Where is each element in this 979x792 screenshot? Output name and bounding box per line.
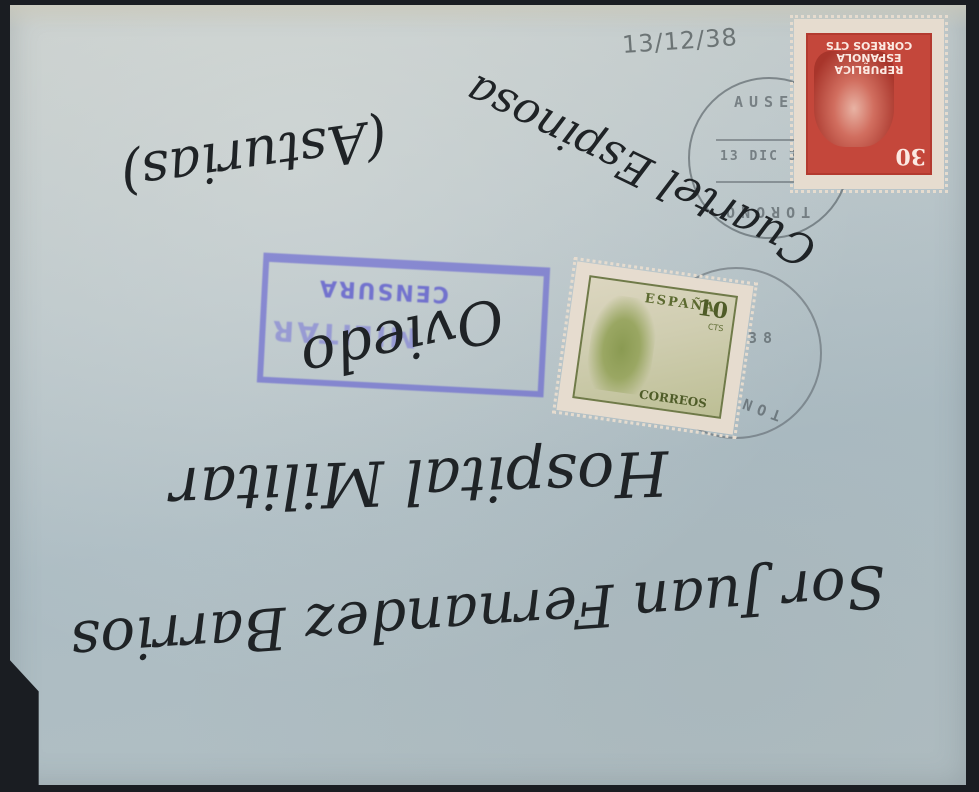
stamp-10-frame: ESPAÑA 10 CTS CORREOS (572, 275, 738, 419)
stamp-10-correos: CORREOS (638, 387, 708, 410)
stamp-30-country: REPUBLICA ESPAÑOLA (834, 51, 903, 76)
stamp-30-label: REPUBLICA ESPAÑOLA CORREOS CTS (812, 39, 926, 75)
address-line-institution: Hospital Militar (169, 436, 670, 526)
stamp-30-correos: CORREOS CTS (826, 39, 912, 52)
envelope: 13/12/38 AUSE 13 DIC 38 TORONO 38 TONO C… (10, 5, 966, 785)
postmark-top-text: AUSE (734, 93, 794, 111)
stamp-horseman-image (584, 292, 661, 396)
stamp-10-unit: CTS (707, 322, 724, 333)
address-line-province: (Asturias) (117, 107, 391, 207)
stamp-30-frame: 30 REPUBLICA ESPAÑOLA CORREOS CTS (806, 33, 932, 175)
pencil-date-note: 13/12/38 (621, 23, 738, 59)
stamp-30-value: 30 (895, 143, 926, 169)
stamp-10-value: 10 (696, 295, 730, 325)
address-line-recipient: Sor Juan Fernandez Barrios (69, 552, 888, 677)
stamp-30-cts: 30 REPUBLICA ESPAÑOLA CORREOS CTS (794, 19, 944, 189)
stamp-10-cts: ESPAÑA 10 CTS CORREOS (556, 261, 753, 434)
postmark-date-text: 38 (748, 329, 778, 347)
